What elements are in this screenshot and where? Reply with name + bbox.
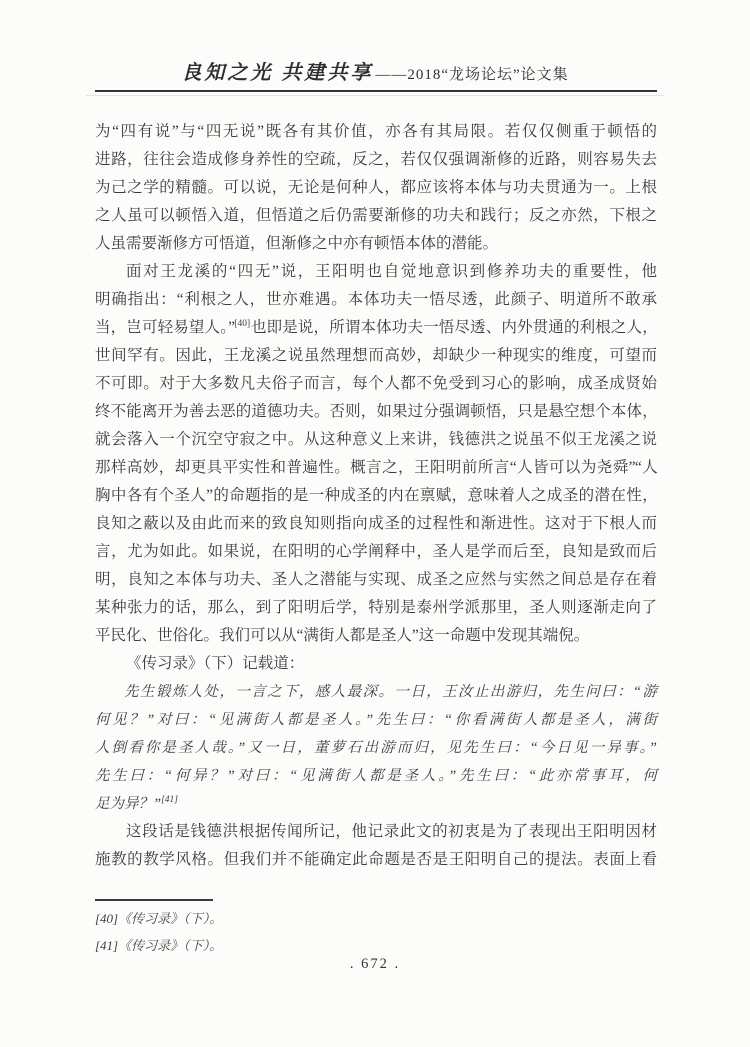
text-line: 施教的教学风格。但我们并不能确定此命题是否是王阳明自己的提法。表面上看: [95, 846, 657, 874]
text-line: 为“四有说”与“四无说”既各有其价值，亦各有其局限。若仅仅侧重于顿悟的: [95, 118, 657, 146]
footnote-separator: [95, 899, 213, 901]
text-segment: 足为异？”: [95, 796, 161, 812]
quote-line: 人倒看你是圣人哉。”又一日，董萝石出游而归，见先生曰：“今日见一异事。”: [95, 734, 657, 762]
text-line: 为己之学的精髓。可以说，无论是何种人，都应该将本体与功夫贯通为一。上根: [95, 174, 657, 202]
text-line: 之人虽可以顿悟入道，但悟道之后仍需要渐修的功夫和践行；反之亦然，下根之: [95, 202, 657, 230]
footnote-ref-41: [41]: [161, 795, 178, 805]
text-line: 进路，往往会造成修身养性的空疏，反之，若仅仅强调渐修的近路，则容易失去: [95, 146, 657, 174]
running-header: 良知之光 共建共享——2018“龙场论坛”论文集: [0, 56, 750, 85]
text-line: 那样高妙，却更具平实性和普遍性。概言之，王阳明前所言“人皆可以为尧舜”“人: [95, 454, 657, 482]
text-line: 不可即。对于大多数凡夫俗子而言，每个人都不免受到习心的影响，成圣成贤始: [95, 370, 657, 398]
text-segment: 也即是说，所谓本体功夫一悟尽透、内外贯通的利根之人，: [250, 319, 657, 336]
quote-line: 先生曰：“何异？”对曰：“见满街人都是圣人。”先生曰：“此亦常事耳，何: [95, 762, 657, 790]
text-line: 面对王龙溪的“四无”说，王阳明也自觉地意识到修养功夫的重要性，他: [95, 258, 657, 286]
text-line: 某种张力的话，那么，到了阳明后学，特别是泰州学派那里，圣人则逐渐走向了: [95, 594, 657, 622]
quote-line: 先生锻炼人处，一言之下，感人最深。一日，王汝止出游归，先生问曰：“游: [95, 678, 657, 706]
text-line: 胸中各有个圣人”的命题指的是一种成圣的内在禀赋，意味着人之成圣的潜在性，: [95, 482, 657, 510]
text-line: 人虽需要渐修方可悟道，但渐修之中亦有顿悟本体的潜能。: [95, 230, 657, 258]
text-line: 良知之蔽以及由此而来的致良知则指向成圣的过程性和渐进性。这对于下根人而: [95, 510, 657, 538]
header-rule: [95, 90, 657, 92]
text-line: 明，良知之本体与功夫、圣人之潜能与实现、成圣之应然与实然之间总是存在着: [95, 566, 657, 594]
header-volume-title: ——2018“龙场论坛”论文集: [375, 67, 568, 83]
footnotes-block: [40]《传习录》（下）。 [41]《传习录》（下）。: [95, 905, 657, 959]
header-rule-shadow: [86, 95, 664, 96]
text-line: 言，尤为如此。如果说，在阳明的心学阐释中，圣人是学而后至，良知是致而后: [95, 538, 657, 566]
text-line: 终不能离开为善去恶的道德功夫。否则，如果过分强调顿悟，只是悬空想个本体，: [95, 398, 657, 426]
page-number: . 672 .: [0, 956, 750, 973]
text-line: 当，岂可轻易望人。”[40]也即是说，所谓本体功夫一悟尽透、内外贯通的利根之人，: [95, 314, 657, 342]
quote-intro-line: 《传习录》（下）记载道：: [95, 650, 657, 678]
text-line: 明确指出：“利根之人，世亦难遇。本体功夫一悟尽透，此颜子、明道所不敢承: [95, 286, 657, 314]
document-page: 良知之光 共建共享——2018“龙场论坛”论文集 为“四有说”与“四无说”既各有…: [0, 0, 750, 1047]
text-segment: 当，岂可轻易望人。”: [95, 319, 234, 336]
text-line: 平民化、世俗化。我们可以从“满街人都是圣人”这一命题中发现其端倪。: [95, 622, 657, 650]
text-line: 这段话是钱德洪根据传闻所记，他记录此文的初衷是为了表现出王阳明因材: [95, 818, 657, 846]
quote-line: 何见？”对曰：“见满街人都是圣人。”先生曰：“你看满街人都是圣人，满街: [95, 706, 657, 734]
quote-line: 足为异？”[41]: [95, 790, 657, 818]
footnote-ref-40: [40]: [234, 319, 250, 329]
footnote-40: [40]《传习录》（下）。: [95, 905, 657, 932]
body-text: 为“四有说”与“四无说”既各有其价值，亦各有其局限。若仅仅侧重于顿悟的 进路，往…: [95, 118, 657, 874]
footnote-41: [41]《传习录》（下）。: [95, 932, 657, 959]
text-line: 就会落入一个沉空守寂之中。从这种意义上来讲，钱德洪之说虽不似王龙溪之说: [95, 426, 657, 454]
text-line: 世间罕有。因此，王龙溪之说虽然理想而高妙，却缺少一种现实的维度，可望而: [95, 342, 657, 370]
header-series-title: 良知之光 共建共享: [181, 62, 373, 84]
